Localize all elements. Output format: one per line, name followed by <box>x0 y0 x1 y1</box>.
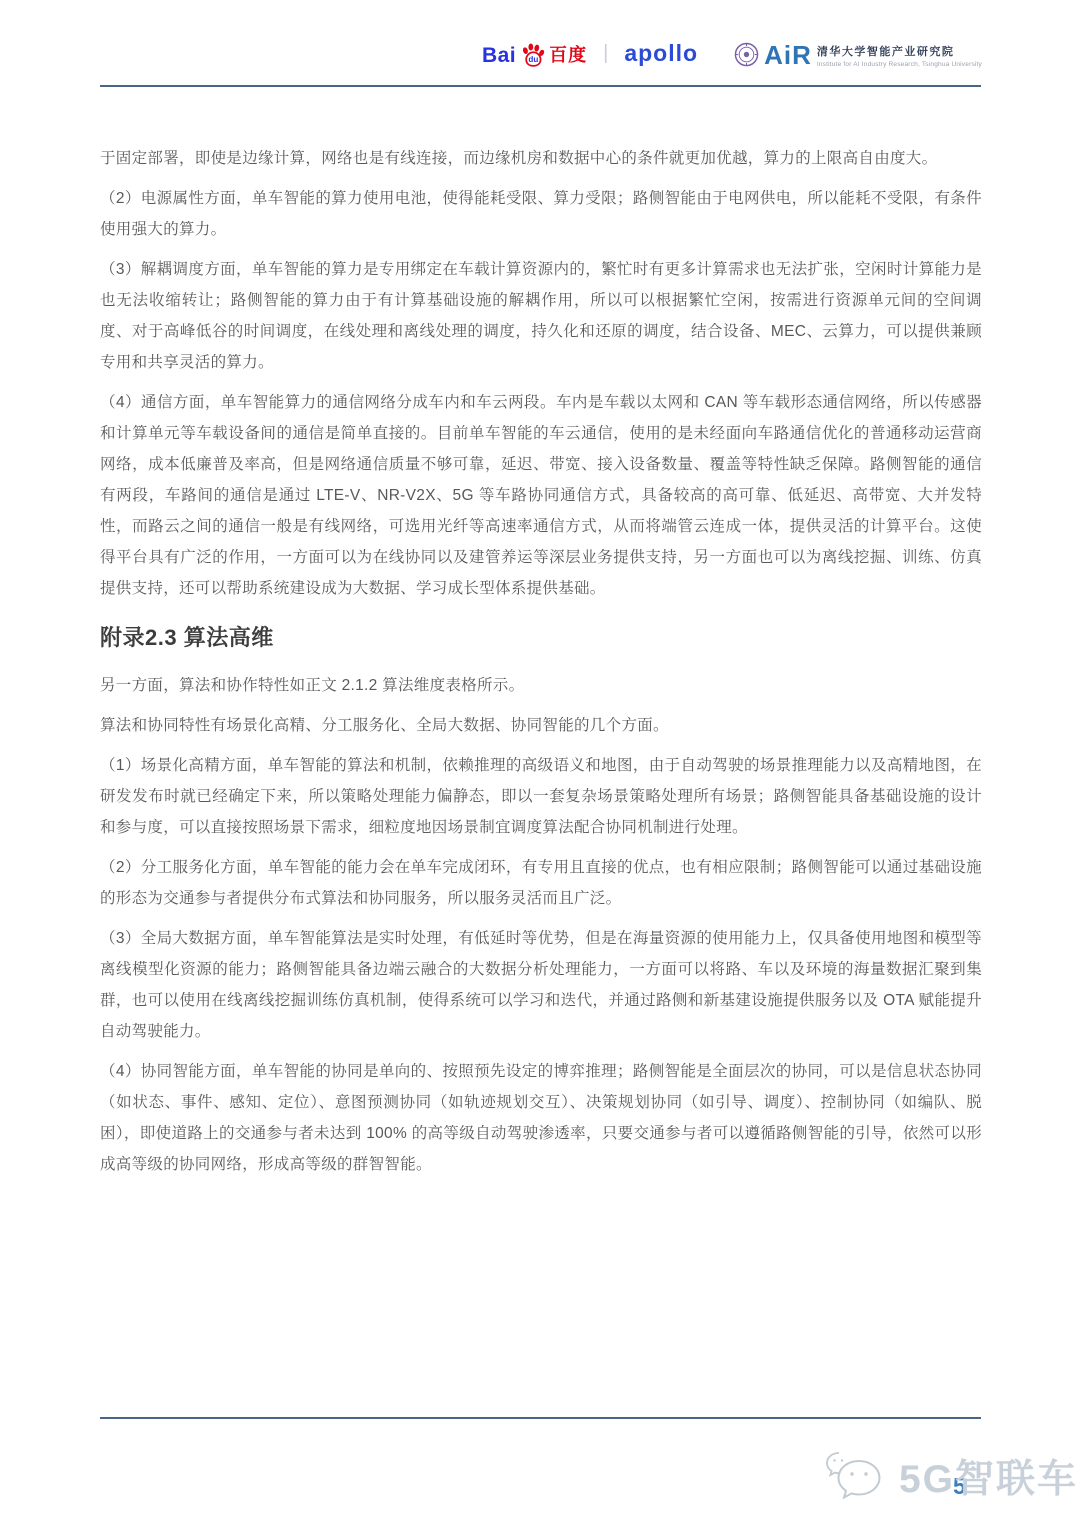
footer-rule <box>100 1417 981 1419</box>
watermark-text: 5G智联车 <box>899 1448 1078 1504</box>
tsinghua-seal-icon <box>734 42 759 67</box>
baidu-wordmark-latin: Bai <box>482 44 516 68</box>
paragraph: （4）通信方面，单车智能算力的通信网络分成车内和车云两段。车内是车载以太网和 C… <box>100 387 982 604</box>
air-name-en: Institute for AI Industry Research, Tsin… <box>817 61 982 68</box>
wechat-icon <box>825 1447 893 1505</box>
air-name-cn: 清华大学智能产业研究院 <box>817 43 982 59</box>
paragraph: （4）协同智能方面，单车智能的协同是单向的、按照预先设定的博弈推理；路侧智能是全… <box>100 1056 982 1180</box>
paragraph: 算法和协同特性有场景化高精、分工服务化、全局大数据、协同智能的几个方面。 <box>100 710 982 741</box>
paragraph: （3）解耦调度方面，单车智能的算力是专用绑定在车载计算资源内的，繁忙时有更多计算… <box>100 254 982 378</box>
paragraph: （3）全局大数据方面，单车智能算法是实时处理，有低延时等优势，但是在海量资源的使… <box>100 923 982 1047</box>
air-wordmark: AiR <box>764 42 812 68</box>
air-logo: AiR 清华大学智能产业研究院 Institute for AI Industr… <box>734 41 982 68</box>
watermark: 5G智联车 <box>825 1447 1078 1505</box>
logo-divider: | <box>601 42 610 67</box>
paragraph: （2）电源属性方面，单车智能的算力使用电池，使得能耗受限、算力受限；路侧智能由于… <box>100 183 982 245</box>
header-logos: Bai du 百度 | apollo AiR 清华大学智能产业研究院 <box>482 40 982 69</box>
header-rule <box>100 85 981 87</box>
document-body: 于固定部署，即使是边缘计算，网络也是有线连接，而边缘机房和数据中心的条件就更加优… <box>100 143 982 1189</box>
section-heading: 附录2.3 算法高维 <box>100 623 982 653</box>
document-page: Bai du 百度 | apollo AiR 清华大学智能产业研究院 <box>0 0 1080 1526</box>
air-institute-names: 清华大学智能产业研究院 Institute for AI Industry Re… <box>817 41 982 68</box>
baidu-logo: Bai du 百度 <box>482 41 587 68</box>
paragraph: 于固定部署，即使是边缘计算，网络也是有线连接，而边缘机房和数据中心的条件就更加优… <box>100 143 982 174</box>
paragraph: 另一方面，算法和协作特性如正文 2.1.2 算法维度表格所示。 <box>100 670 982 701</box>
baidu-paw-icon: du <box>520 42 546 68</box>
paragraph: （2）分工服务化方面，单车智能的能力会在单车完成闭环，有专用且直接的优点，也有相… <box>100 852 982 914</box>
svg-text:du: du <box>528 55 538 64</box>
apollo-logo: apollo <box>624 40 698 69</box>
paragraph: （1）场景化高精方面，单车智能的算法和机制，依赖推理的高级语义和地图，由于自动驾… <box>100 750 982 843</box>
baidu-wordmark-cn: 百度 <box>549 41 587 68</box>
